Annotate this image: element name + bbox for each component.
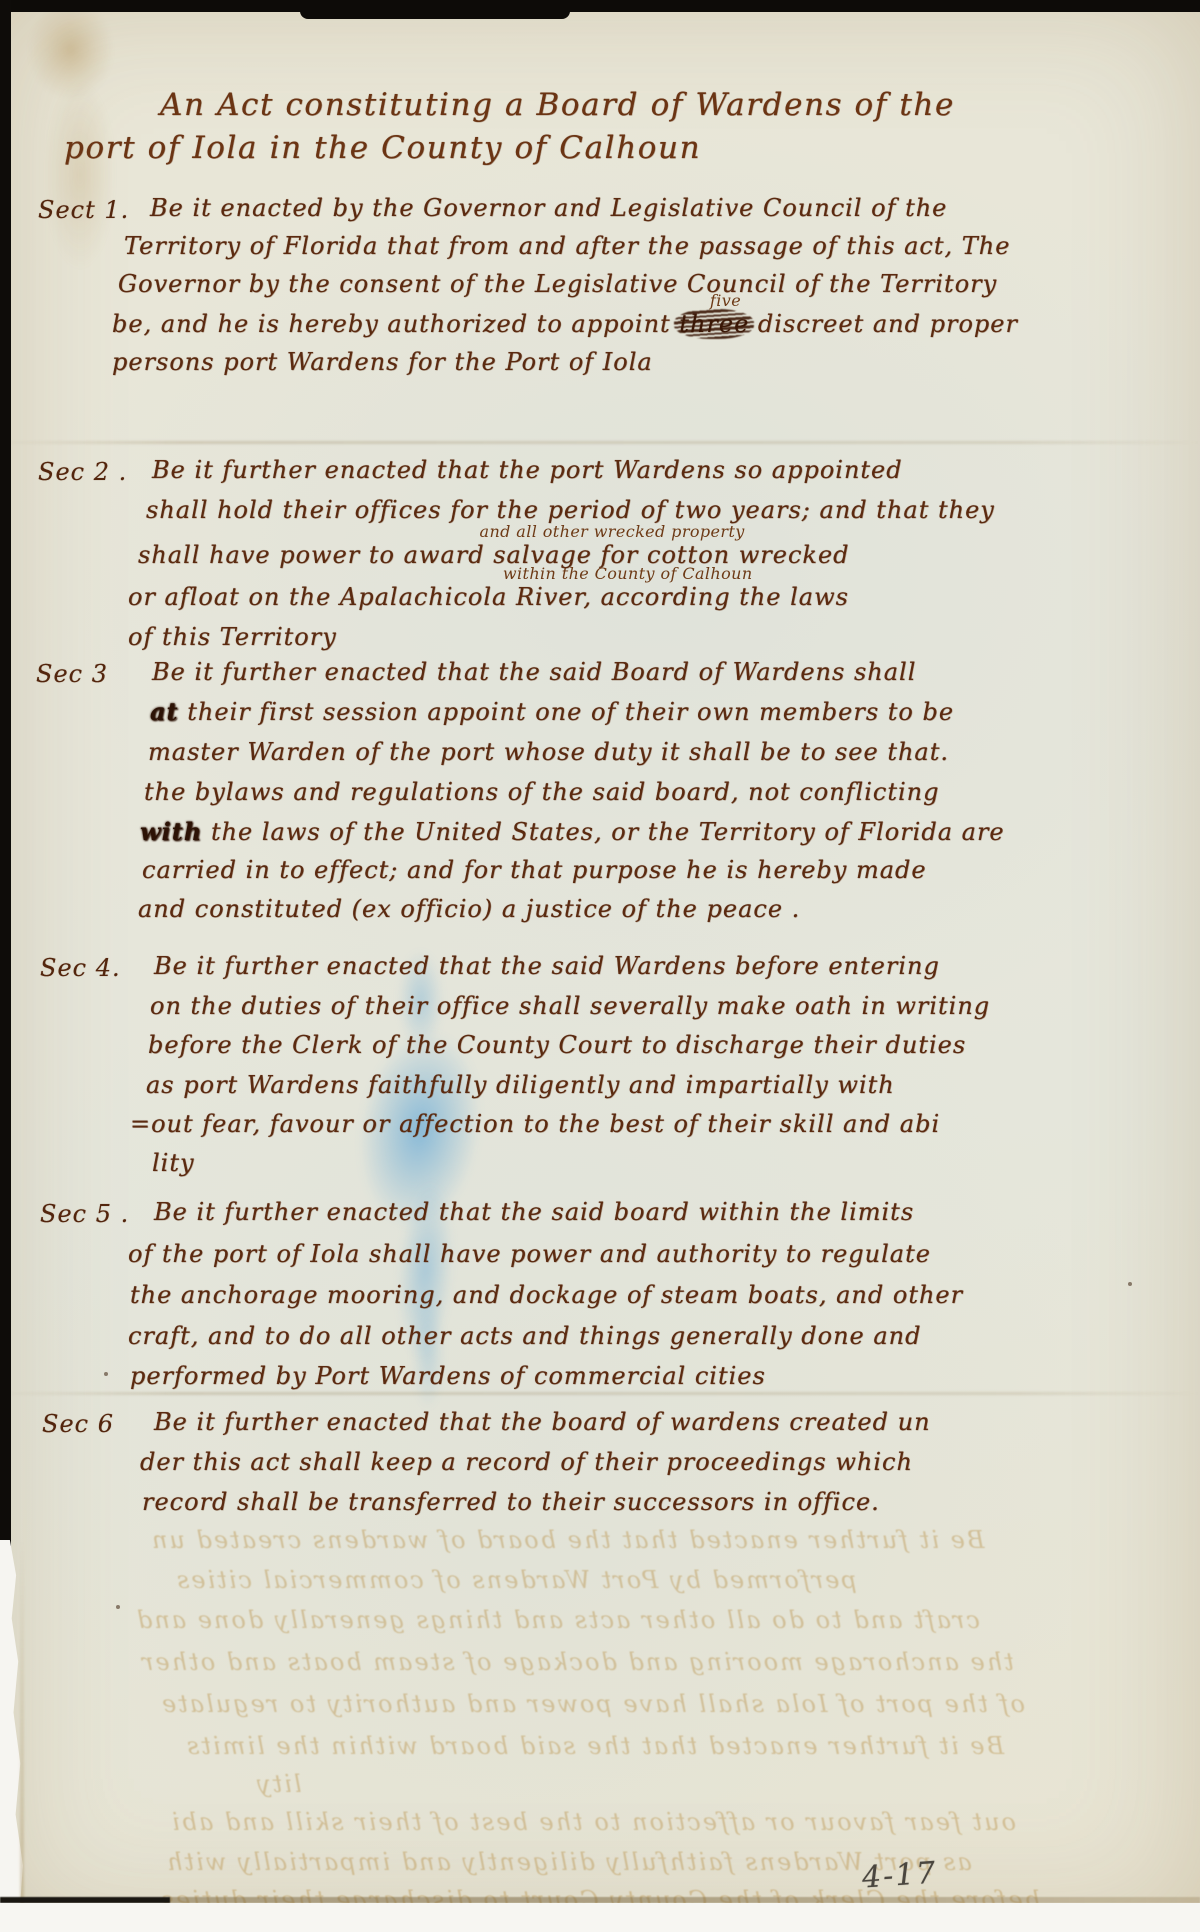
text-line: on the duties of their office shall seve…: [150, 994, 990, 1018]
section-label: Sec 2 .: [38, 458, 127, 486]
scribbled-out-word: three: [679, 312, 749, 336]
page-number-annotation: 4-17: [861, 1855, 939, 1895]
section-label: Sec 5 .: [40, 1200, 129, 1228]
interlinear-insertion: five: [710, 293, 741, 309]
document-title-line-2: port of Iola in the County of Calhoun: [64, 133, 701, 164]
text-line: of the port of Iola shall have power and…: [128, 1242, 931, 1266]
text-line: persons port Wardens for the Port of Iol…: [112, 350, 653, 374]
text-line: Be it further enacted that the said Ward…: [154, 954, 940, 978]
scan-edge-top: [0, 0, 1200, 12]
text-line: Be it further enacted that the said Boar…: [152, 660, 916, 684]
paper-crease: [0, 441, 1200, 444]
bleedthrough-line: Be it further enacted that the said boar…: [185, 1734, 1004, 1758]
text-line: Be it further enacted that the board of …: [154, 1410, 931, 1434]
ink-blotted-word: at: [150, 697, 179, 726]
paper-crease: [0, 1392, 1200, 1395]
text-segment: the laws of the United States, or the Te…: [202, 818, 1004, 846]
text-line: the bylaws and regulations of the said b…: [144, 780, 939, 804]
bleedthrough-line: Be it further enacted that the board of …: [150, 1528, 985, 1552]
text-line: at their first session appoint one of th…: [150, 700, 954, 724]
text-line: =out fear, favour or affection to the be…: [130, 1112, 940, 1136]
text-segment: their first session appoint one of their…: [179, 698, 954, 726]
text-line: master Warden of the port whose duty it …: [148, 740, 949, 764]
bleedthrough-line: out fear favour or affection to the best…: [170, 1810, 1016, 1834]
interlinear-insertion: and all other wrecked property: [480, 524, 745, 540]
text-line: before the Clerk of the County Court to …: [148, 1033, 966, 1057]
ink-blotted-word: with: [140, 817, 202, 846]
ink-speck: [1128, 1282, 1132, 1286]
text-line: Governor by the consent of the Legislati…: [118, 272, 997, 296]
bleedthrough-line: of the port of Iola shall have power and…: [160, 1692, 1025, 1716]
text-line: or afloat on the Apalachicola River, acc…: [128, 585, 849, 609]
bleedthrough-line: craft and to do all other acts and thing…: [135, 1608, 980, 1632]
text-line: the anchorage mooring, and dockage of st…: [130, 1283, 963, 1307]
bleedthrough-line: lity: [255, 1772, 302, 1796]
text-line: be, and he is hereby authorized to appoi…: [112, 312, 1018, 336]
text-line: performed by Port Wardens of commercial …: [130, 1364, 766, 1388]
text-segment: or afloat on the Apalachicola River, acc…: [128, 583, 849, 611]
scan-edge-bottom: [0, 1903, 1200, 1932]
torn-paper-edge: [20, 1540, 24, 1932]
section-label: Sec 6: [42, 1410, 114, 1438]
text-line: and constituted (ex officio) a justice o…: [138, 897, 800, 921]
bleedthrough-line: as port Wardens faithfully diligently an…: [165, 1850, 972, 1874]
text-line: craft, and to do all other acts and thin…: [128, 1324, 922, 1348]
text-line: of this Territory: [128, 625, 337, 649]
text-line: Territory of Florida that from and after…: [124, 234, 1010, 258]
text-line: with the laws of the United States, or t…: [140, 820, 1005, 844]
ink-stain: [45, 80, 115, 270]
bleedthrough-line: the anchorage mooring and dockage of ste…: [140, 1650, 1014, 1674]
scan-edge-left: [0, 0, 11, 1548]
text-line: shall hold their offices for the period …: [146, 498, 995, 522]
text-segment: be, and he is hereby authorized to appoi…: [112, 310, 679, 338]
text-line: Be it further enacted that the said boar…: [154, 1200, 914, 1224]
ink-speck: [116, 1605, 120, 1609]
text-line: Be it further enacted that the port Ward…: [152, 458, 903, 482]
text-segment: discreet and proper: [749, 310, 1018, 338]
document-title-line-1: An Act constituting a Board of Wardens o…: [160, 90, 955, 121]
text-line: record shall be transferred to their suc…: [142, 1490, 880, 1514]
text-line: lity: [152, 1151, 195, 1175]
text-line: as port Wardens faithfully diligently an…: [146, 1073, 895, 1097]
interlinear-insertion: within the County of Calhoun: [503, 566, 753, 582]
document-page: An Act constituting a Board of Wardens o…: [0, 0, 1200, 1932]
text-line: Be it enacted by the Governor and Legisl…: [150, 196, 947, 220]
text-line: der this act shall keep a record of thei…: [140, 1450, 913, 1474]
ink-speck: [104, 1372, 108, 1376]
text-line: carried in to effect; and for that purpo…: [142, 858, 927, 882]
section-label: Sec 3: [36, 660, 108, 688]
bleedthrough-line: performed by Port Wardens of commercial …: [175, 1568, 857, 1592]
section-label: Sect 1.: [38, 196, 129, 224]
scribble-strikethrough: [674, 309, 754, 339]
scan-edge-top: [300, 0, 570, 19]
section-label: Sec 4.: [40, 954, 121, 982]
